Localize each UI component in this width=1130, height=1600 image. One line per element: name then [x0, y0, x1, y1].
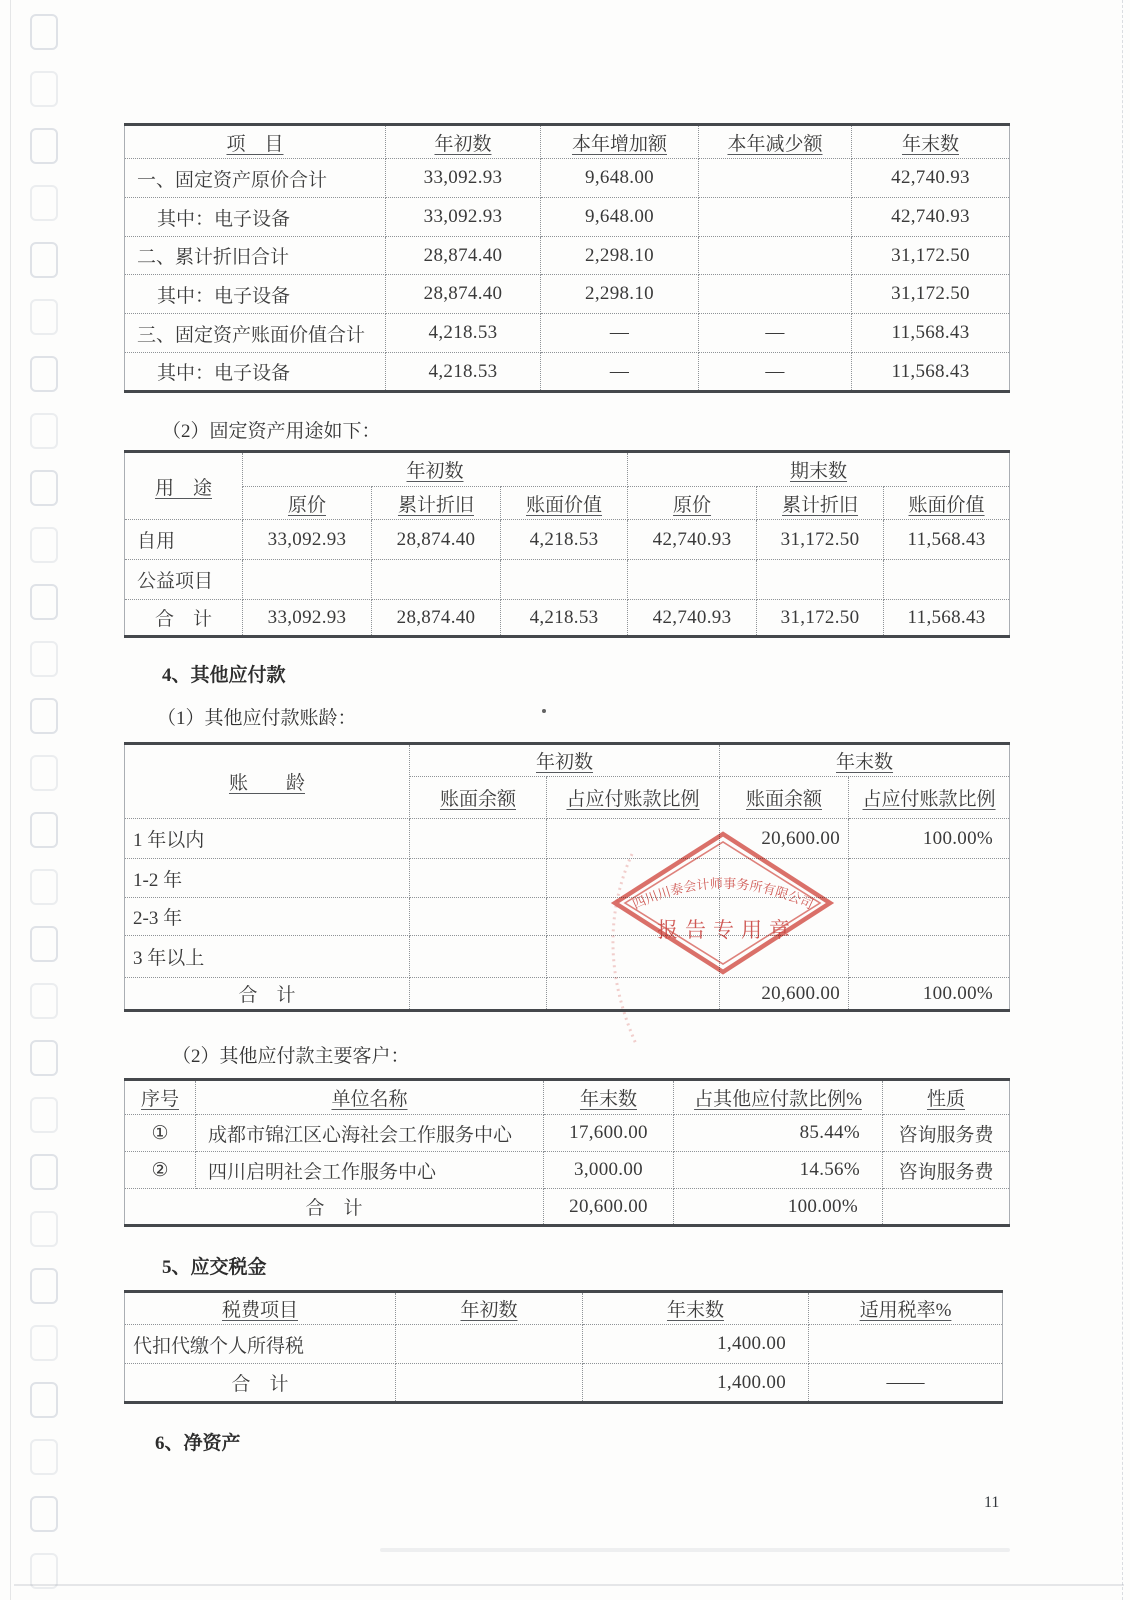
row-label: 三、固定资产账面价值合计 [125, 314, 386, 353]
cell-value [547, 859, 720, 898]
col-header: 项 目 [125, 125, 386, 159]
col-header: 账 龄 [125, 744, 410, 819]
cell-value: 4,218.53 [501, 600, 628, 637]
row-label: 代扣代缴个人所得税 [125, 1325, 396, 1364]
row-index: ② [125, 1152, 196, 1189]
col-header: 序号 [125, 1080, 196, 1115]
row-label: 合 计 [125, 1364, 396, 1403]
cell-value [372, 560, 501, 600]
cell-value: 42,740.93 [628, 600, 757, 637]
cell-value [396, 1364, 583, 1403]
section-heading-customers: （2）其他应付款主要客户： [172, 1041, 410, 1068]
group-header-label: 期末数 [790, 461, 847, 482]
col-header: 税费项目 [125, 1292, 396, 1325]
cell-value: 31,172.50 [852, 275, 1010, 314]
cell-value: 42,740.93 [852, 198, 1010, 237]
cell-value: —— [809, 1364, 1003, 1403]
cell-value [501, 560, 628, 600]
cell-value [849, 898, 1010, 936]
cell-value [547, 898, 720, 936]
binding-hole [30, 71, 58, 107]
cell-value: 11,568.43 [884, 520, 1010, 560]
group-header: 期末数 [628, 452, 1010, 487]
table-row: 合 计 33,092.93 28,874.40 4,218.53 42,740.… [125, 600, 1010, 637]
table-total-row: 合 计 20,600.00 100.00% [125, 978, 1010, 1011]
table-row: 其中：电子设备 33,092.93 9,648.00 42,740.93 [125, 198, 1010, 237]
row-label: 1-2 年 [125, 859, 410, 898]
binding-hole [30, 926, 58, 962]
cell-value: 咨询服务费 [883, 1152, 1010, 1189]
binding-hole [30, 1325, 58, 1361]
cell-value [547, 819, 720, 859]
col-header: 占应付账款比例 [849, 777, 1010, 819]
group-header: 年末数 [720, 744, 1010, 777]
cell-value: 11,568.43 [852, 353, 1010, 392]
cell-value: 17,600.00 [544, 1115, 674, 1152]
cell-value: 100.00% [849, 819, 1010, 859]
cell-value: 33,092.93 [243, 520, 372, 560]
col-header: 账面价值 [884, 487, 1010, 520]
row-label: 公益项目 [125, 560, 243, 600]
col-header: 年末数 [583, 1292, 809, 1325]
binding-hole [30, 869, 58, 905]
cell-value [547, 978, 720, 1011]
cell-value: 14.56% [674, 1152, 883, 1189]
cell-value: 28,874.40 [372, 520, 501, 560]
cell-value: 11,568.43 [852, 314, 1010, 353]
cell-value: 28,874.40 [372, 600, 501, 637]
binding-hole [30, 1382, 58, 1418]
cell-value [720, 859, 849, 898]
cell-value: 9,648.00 [541, 198, 699, 237]
cell-value: 2,298.10 [541, 237, 699, 275]
row-label: 3 年以上 [125, 936, 410, 978]
cell-value: 33,092.93 [386, 159, 541, 198]
binding-hole [30, 1211, 58, 1247]
binding-hole [30, 983, 58, 1019]
cell-value [628, 560, 757, 600]
col-header: 本年增加额 [541, 125, 699, 159]
cell-value: 20,600.00 [720, 978, 849, 1011]
table-row: ② 四川启明社会工作服务中心 3,000.00 14.56% 咨询服务费 [125, 1152, 1010, 1189]
cell-value [699, 198, 852, 237]
table-header-row: 原价 累计折旧 账面价值 原价 累计折旧 账面价值 [125, 487, 1010, 520]
col-header: 累计折旧 [372, 487, 501, 520]
row-label: 其中：电子设备 [125, 275, 386, 314]
binding-hole [30, 1496, 58, 1532]
binding-hole [30, 527, 58, 563]
section-heading-usage: （2）固定资产用途如下： [162, 416, 381, 443]
binding-hole [30, 1097, 58, 1133]
table-header-row: 项 目 年初数 本年增加额 本年减少额 年末数 [125, 125, 1010, 159]
section-heading-other-payables: 4、其他应付款 [162, 660, 286, 687]
section-heading-net-assets: 6、净资产 [155, 1428, 241, 1455]
cell-value: 42,740.93 [852, 159, 1010, 198]
table-row: 三、固定资产账面价值合计 4,218.53 — — 11,568.43 [125, 314, 1010, 353]
customers-table: 序号 单位名称 年末数 占其他应付款比例% 性质 ① 成都市锦江区心海社会工作服… [124, 1078, 1010, 1227]
row-label: 一、固定资产原价合计 [125, 159, 386, 198]
binding-hole [30, 128, 58, 164]
table-row: 二、累计折旧合计 28,874.40 2,298.10 31,172.50 [125, 237, 1010, 275]
table-row: 一、固定资产原价合计 33,092.93 9,648.00 42,740.93 [125, 159, 1010, 198]
row-index: ① [125, 1115, 196, 1152]
cell-value [699, 237, 852, 275]
table-header-row: 用 途 年初数 期末数 [125, 452, 1010, 487]
tax-table: 税费项目 年初数 年末数 适用税率% 代扣代缴个人所得税 1,400.00 合 … [124, 1290, 1003, 1404]
cell-value [410, 978, 547, 1011]
fixed-assets-table: 项 目 年初数 本年增加额 本年减少额 年末数 一、固定资产原价合计 33,09… [124, 123, 1010, 393]
col-header: 账面余额 [410, 777, 547, 819]
section-heading-taxes: 5、应交税金 [162, 1252, 267, 1279]
cell-value [699, 159, 852, 198]
binding-hole [30, 470, 58, 506]
table-row: 公益项目 [125, 560, 1010, 600]
table-row: 其中：电子设备 28,874.40 2,298.10 31,172.50 [125, 275, 1010, 314]
table-header-row: 账 龄 年初数 年末数 [125, 744, 1010, 777]
row-label: 二、累计折旧合计 [125, 237, 386, 275]
table-row: 3 年以上 [125, 936, 1010, 978]
binding-hole [30, 413, 58, 449]
cell-value [410, 859, 547, 898]
scan-edge-line [10, 0, 11, 1600]
cell-value: 20,600.00 [544, 1189, 674, 1226]
table-row: 1-2 年 [125, 859, 1010, 898]
row-label: 合 计 [125, 1189, 544, 1226]
row-label: 合 计 [125, 600, 243, 637]
ink-dot [542, 709, 546, 713]
binding-hole [30, 14, 58, 50]
binding-hole [30, 242, 58, 278]
cell-value: 11,568.43 [884, 600, 1010, 637]
binding-hole [30, 1040, 58, 1076]
cell-value: — [699, 353, 852, 392]
cell-value: — [541, 353, 699, 392]
cell-value [243, 560, 372, 600]
table-total-row: 合 计 20,600.00 100.00% [125, 1189, 1010, 1226]
cell-value: 1,400.00 [583, 1364, 809, 1403]
binding-hole [30, 299, 58, 335]
col-header: 单位名称 [196, 1080, 544, 1115]
binding-hole [30, 1154, 58, 1190]
cell-value: 3,000.00 [544, 1152, 674, 1189]
cell-value: 31,172.50 [852, 237, 1010, 275]
cell-value: 咨询服务费 [883, 1115, 1010, 1152]
cell-value: 100.00% [849, 978, 1010, 1011]
cell-value: 4,218.53 [386, 353, 541, 392]
cell-value: — [699, 314, 852, 353]
cell-value: 1,400.00 [583, 1325, 809, 1364]
group-header-label: 年初数 [407, 461, 464, 482]
col-header: 年初数 [396, 1292, 583, 1325]
col-header: 年初数 [386, 125, 541, 159]
row-label: 1 年以内 [125, 819, 410, 859]
row-label: 自用 [125, 520, 243, 560]
table-row: 2-3 年 [125, 898, 1010, 936]
table-row: 其中：电子设备 4,218.53 — — 11,568.43 [125, 353, 1010, 392]
group-header-label: 年初数 [536, 752, 593, 773]
customer-name: 成都市锦江区心海社会工作服务中心 [196, 1115, 544, 1152]
cell-value: 31,172.50 [757, 520, 884, 560]
col-header: 性质 [883, 1080, 1010, 1115]
row-label: 2-3 年 [125, 898, 410, 936]
cell-value [547, 936, 720, 978]
col-header: 占应付账款比例 [547, 777, 720, 819]
cell-value: 9,648.00 [541, 159, 699, 198]
col-header: 账面余额 [720, 777, 849, 819]
section-heading-aging: （1）其他应付款账龄： [157, 703, 357, 730]
col-header: 年末数 [544, 1080, 674, 1115]
col-header: 原价 [243, 487, 372, 520]
cell-value: 42,740.93 [628, 520, 757, 560]
binding-hole [30, 356, 58, 392]
cell-value [849, 859, 1010, 898]
table-total-row: 合 计 1,400.00 —— [125, 1364, 1003, 1403]
cell-value: 28,874.40 [386, 275, 541, 314]
col-header: 本年减少额 [699, 125, 852, 159]
table-header-row: 税费项目 年初数 年末数 适用税率% [125, 1292, 1003, 1325]
usage-table: 用 途 年初数 期末数 原价 累计折旧 账面价值 原价 累计折旧 账面价值 自用… [124, 450, 1010, 638]
cell-value [720, 898, 849, 936]
group-header: 年初数 [410, 744, 720, 777]
page-number: 11 [984, 1494, 999, 1512]
cell-value: 33,092.93 [386, 198, 541, 237]
col-header: 占其他应付款比例% [674, 1080, 883, 1115]
customer-name: 四川启明社会工作服务中心 [196, 1152, 544, 1189]
binding-hole [30, 1268, 58, 1304]
scan-smudge [14, 1584, 1124, 1586]
cell-value [410, 936, 547, 978]
col-header: 年末数 [852, 125, 1010, 159]
cell-value [883, 1189, 1010, 1226]
binding-hole [30, 641, 58, 677]
cell-value: — [541, 314, 699, 353]
cell-value [884, 560, 1010, 600]
cell-value [757, 560, 884, 600]
group-header: 年初数 [243, 452, 628, 487]
col-header: 适用税率% [809, 1292, 1003, 1325]
aging-table: 账 龄 年初数 年末数 账面余额 占应付账款比例 账面余额 占应付账款比例 1 … [124, 742, 1010, 1012]
cell-value: 28,874.40 [386, 237, 541, 275]
col-header: 用 途 [125, 452, 243, 520]
row-label: 其中：电子设备 [125, 353, 386, 392]
cell-value: 31,172.50 [757, 600, 884, 637]
row-label: 合 计 [125, 978, 410, 1011]
cell-value: 4,218.53 [501, 520, 628, 560]
binding-hole [30, 755, 58, 791]
cell-value [699, 275, 852, 314]
cell-value [396, 1325, 583, 1364]
binding-hole [30, 812, 58, 848]
cell-value [720, 936, 849, 978]
cell-value [849, 936, 1010, 978]
cell-value: 2,298.10 [541, 275, 699, 314]
cell-value: 33,092.93 [243, 600, 372, 637]
table-row: 1 年以内 20,600.00 100.00% [125, 819, 1010, 859]
binding-hole [30, 584, 58, 620]
scan-smudge [380, 1548, 1010, 1552]
table-row: 代扣代缴个人所得税 1,400.00 [125, 1325, 1003, 1364]
binding-hole [30, 698, 58, 734]
cell-value [410, 898, 547, 936]
cell-value: 85.44% [674, 1115, 883, 1152]
cell-value: 100.00% [674, 1189, 883, 1226]
col-header: 累计折旧 [757, 487, 884, 520]
scan-edge-line-right [1122, 0, 1123, 1600]
binding-hole [30, 1439, 58, 1475]
col-header: 账面价值 [501, 487, 628, 520]
cell-value [410, 819, 547, 859]
group-header-label: 年末数 [836, 752, 893, 773]
binding-hole [30, 185, 58, 221]
document-page: 项 目 年初数 本年增加额 本年减少额 年末数 一、固定资产原价合计 33,09… [0, 0, 1130, 1600]
table-row: 自用 33,092.93 28,874.40 4,218.53 42,740.9… [125, 520, 1010, 560]
col-header: 原价 [628, 487, 757, 520]
table-row: ① 成都市锦江区心海社会工作服务中心 17,600.00 85.44% 咨询服务… [125, 1115, 1010, 1152]
row-label: 其中：电子设备 [125, 198, 386, 237]
table-header-row: 序号 单位名称 年末数 占其他应付款比例% 性质 [125, 1080, 1010, 1115]
cell-value [809, 1325, 1003, 1364]
cell-value: 20,600.00 [720, 819, 849, 859]
cell-value: 4,218.53 [386, 314, 541, 353]
